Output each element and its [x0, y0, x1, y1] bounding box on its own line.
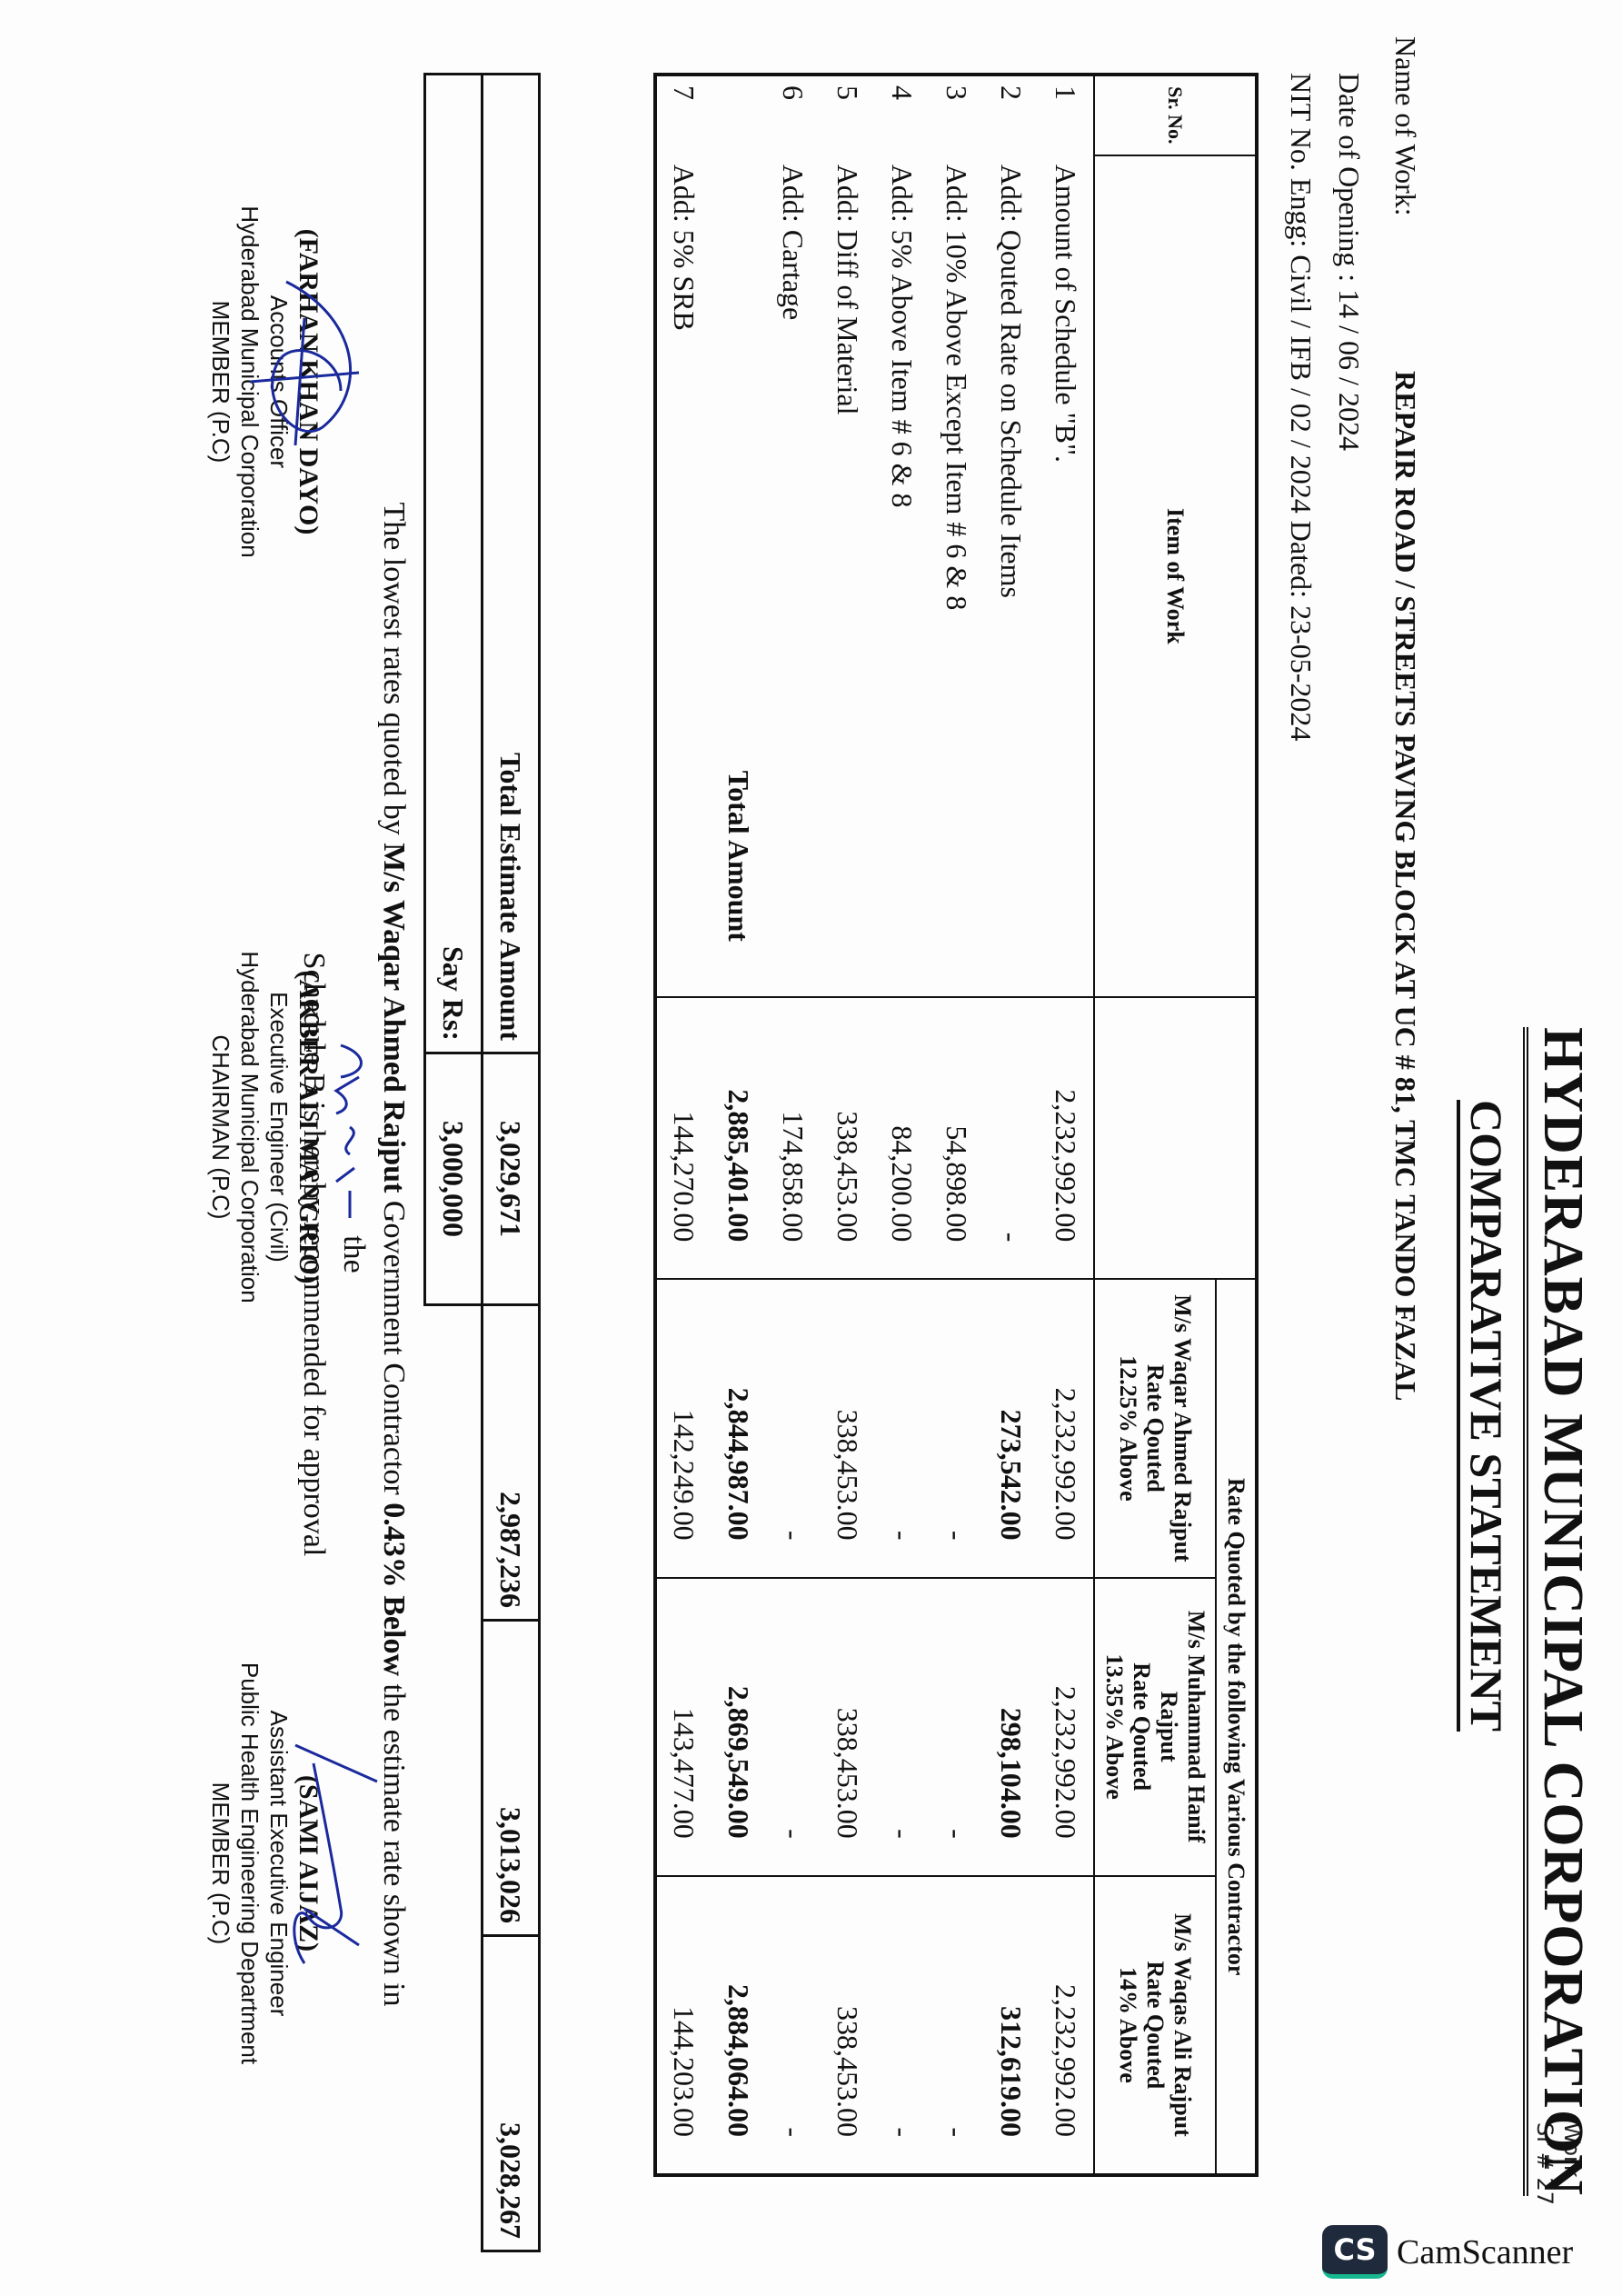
contractor-3-cell: 2,232,992.00: [1039, 1876, 1094, 2175]
estimate-cell: 144,270.00: [655, 997, 711, 1279]
contractor-1-cell: -: [930, 1279, 984, 1577]
table-row: 6Add: Cartage174,858.00---: [766, 75, 821, 2175]
contractor-name: M/s Muhammad Hanif Rajput: [1155, 1588, 1209, 1866]
table-row: 5Add: Diff of Material338,453.00338,453.…: [821, 75, 875, 2175]
estimate-cell: 54,898.00: [930, 997, 984, 1279]
organization-title: HYDERABAD MUNICIPAL CORPORATION: [1523, 1027, 1595, 2196]
item-cell: Add: 5% Above Item # 6 & 8: [875, 155, 930, 997]
item-cell: Add: Diff of Material: [821, 155, 875, 997]
contractor-label: Rate Qouted: [1141, 1886, 1169, 2164]
sr-cell: 4: [875, 75, 930, 155]
document-title: COMPARATIVE STATEMENT: [1457, 1100, 1513, 1732]
sr-cell: 6: [766, 75, 821, 155]
contractor-1-cell: 142,249.00: [655, 1279, 711, 1577]
table-row: 4Add: 5% Above Item # 6 & 884,200.00---: [875, 75, 930, 2175]
recommended-percent: 0.43% Below: [377, 1502, 411, 1676]
contractor-1-cell: 338,453.00: [821, 1279, 875, 1577]
sr-cell: 3: [930, 75, 984, 155]
sr-cell: 2: [984, 75, 1039, 155]
contractor-header-2: M/s Muhammad Hanif RajputRate Qouted13.3…: [1094, 1578, 1216, 1876]
signature-icon: [277, 1727, 395, 1982]
date-of-opening: Date of Opening : 14 / 06 / 2024: [1332, 73, 1366, 451]
say-rs-value: 3,000,000: [425, 1053, 483, 1305]
total-estimate-value: 3,029,671: [483, 1053, 540, 1305]
contractor-3-cell: 2,884,064.00: [711, 1876, 766, 2175]
signatory-2: (AKBER ALI MANGRIO) Executive Engineer (…: [206, 873, 323, 1382]
contractor-header-1: M/s Waqar Ahmed RajputRate Qouted12.25% …: [1094, 1279, 1216, 1577]
header-item-of-work: Item of Work: [1094, 155, 1257, 997]
recommendation-middle: Government Contractor: [377, 1201, 411, 1495]
camscanner-watermark: CS CamScanner: [1322, 2225, 1573, 2279]
contractor-name: M/s Waqas Ali Rajput: [1169, 1886, 1196, 2164]
signatory-role: MEMBER (P.C): [206, 127, 235, 636]
table-row: 2Add: Qouted Rate on Schedule Items-273,…: [984, 75, 1039, 2175]
total-estimate-label: Total Estimate Amount: [483, 75, 540, 1053]
contractor-2-cell: 338,453.00: [821, 1578, 875, 1876]
header-estimate: [1094, 997, 1257, 1279]
name-of-work-value: REPAIR ROAD / STREETS PAVING BLOCK AT UC…: [1389, 371, 1422, 1402]
table-row: 1Amount of Schedule "B".2,232,992.002,23…: [1039, 75, 1094, 2175]
say-rs-label: Say Rs:: [425, 75, 483, 1053]
contractor-2-cell: -: [930, 1578, 984, 1876]
header-sr-no: Sr. No.: [1094, 75, 1257, 155]
item-cell: Add: 5% SRB: [655, 155, 711, 997]
signatory-name: (AKBER ALI MANGRIO): [294, 873, 323, 1382]
total-amount-row: Total Amount2,885,401.002,844,987.002,86…: [711, 75, 766, 2175]
contractor-2-cell: -: [766, 1578, 821, 1876]
signature-icon: [323, 1036, 377, 1254]
sr-cell: 1: [1039, 75, 1094, 155]
table-row: 3Add: 10% Above Except Item # 6 & 854,89…: [930, 75, 984, 2175]
totals-table: Total Estimate Amount 3,029,671 2,987,23…: [423, 73, 541, 2252]
nit-number: NIT No. Engg: Civil / IFB / 02 / 2024 Da…: [1284, 73, 1318, 741]
estimate-cell: 174,858.00: [766, 997, 821, 1279]
signatory-role: CHAIRMAN (P.C): [206, 873, 235, 1382]
signatory-1: (FARHAN KHAN DAYO) Accounts Officer Hyde…: [206, 127, 323, 636]
estimate-cell: 84,200.00: [875, 997, 930, 1279]
contractor-1-cell: 273,542.00: [984, 1279, 1039, 1577]
estimate-cell: 2,885,401.00: [711, 997, 766, 1279]
signatory-org: Public Health Engineering Department: [235, 1582, 264, 2145]
contractor-header-3: M/s Waqas Ali RajputRate Qouted14% Above: [1094, 1876, 1216, 2175]
contractor-3-cell: -: [930, 1876, 984, 2175]
contractor-3-cell: -: [875, 1876, 930, 2175]
contractor-2-cell: 2,869,549.00: [711, 1578, 766, 1876]
contractor-rate: 14% Above: [1114, 1886, 1141, 2164]
recommended-contractor: M/s Waqar Ahmed Rajput: [377, 843, 411, 1193]
contractor-3-cell: 312,619.00: [984, 1876, 1039, 2175]
sr-cell: [711, 75, 766, 155]
contractor-1-cell: -: [875, 1279, 930, 1577]
estimate-cell: 2,232,992.00: [1039, 997, 1094, 1279]
signatory-role: MEMBER (P.C): [206, 1582, 235, 2145]
contractor-2-cell: -: [875, 1578, 930, 1876]
sr-cell: 5: [821, 75, 875, 155]
item-cell: Add: 10% Above Except Item # 6 & 8: [930, 155, 984, 997]
estimate-cell: 338,453.00: [821, 997, 875, 1279]
contractor-total-2: 3,013,026: [483, 1621, 540, 1936]
item-cell: Add: Qouted Rate on Schedule Items: [984, 155, 1039, 997]
contractor-rate: 13.35% Above: [1100, 1588, 1128, 1866]
contractor-3-cell: 338,453.00: [821, 1876, 875, 2175]
contractor-2-cell: 2,232,992.00: [1039, 1578, 1094, 1876]
signatory-title: Executive Engineer (Civil): [264, 873, 294, 1382]
name-of-work-label: Name of Work:: [1388, 36, 1422, 364]
contractor-1-cell: -: [766, 1279, 821, 1577]
scanned-document: Work Sr # 27 HYDERABAD MUNICIPAL CORPORA…: [0, 0, 1622, 2296]
item-cell: Total Amount: [711, 155, 766, 997]
comparative-table: Sr. No. Item of Work Rate Quoted by the …: [653, 73, 1259, 2177]
camscanner-logo-icon: CS: [1322, 2225, 1388, 2279]
signatory-org: Hyderabad Municipal Corporation: [235, 873, 264, 1382]
contractor-rate: 12.25% Above: [1114, 1289, 1141, 1567]
contractor-1-cell: 2,844,987.00: [711, 1279, 766, 1577]
name-of-work-line: Name of Work: REPAIR ROAD / STREETS PAVI…: [1388, 36, 1422, 1402]
item-cell: Add: Cartage: [766, 155, 821, 997]
contractor-name: M/s Waqar Ahmed Rajput: [1169, 1289, 1196, 1567]
contractor-3-cell: -: [766, 1876, 821, 2175]
estimate-cell: -: [984, 997, 1039, 1279]
contractor-2-cell: 298,104.00: [984, 1578, 1039, 1876]
contractor-total-3: 3,028,267: [483, 1936, 540, 2251]
contractor-label: Rate Qouted: [1141, 1289, 1169, 1567]
header-contractor-group: Rate Quoted by the following Various Con…: [1216, 1279, 1257, 2175]
contractor-2-cell: 143,477.00: [655, 1578, 711, 1876]
contractor-label: Rate Qouted: [1128, 1588, 1155, 1866]
signatory-3: (SAMI AIJAZ) Assistant Executive Enginee…: [206, 1582, 323, 2145]
camscanner-text: CamScanner: [1397, 2232, 1573, 2272]
table-row: 7Add: 5% SRB144,270.00142,249.00143,477.…: [655, 75, 711, 2175]
recommendation-prefix: The lowest rates quoted by: [377, 502, 411, 834]
contractor-1-cell: 2,232,992.00: [1039, 1279, 1094, 1577]
sr-cell: 7: [655, 75, 711, 155]
signature-icon: [241, 264, 377, 464]
contractor-3-cell: 144,203.00: [655, 1876, 711, 2175]
item-cell: Amount of Schedule "B".: [1039, 155, 1094, 997]
contractor-total-1: 2,987,236: [483, 1305, 540, 1621]
